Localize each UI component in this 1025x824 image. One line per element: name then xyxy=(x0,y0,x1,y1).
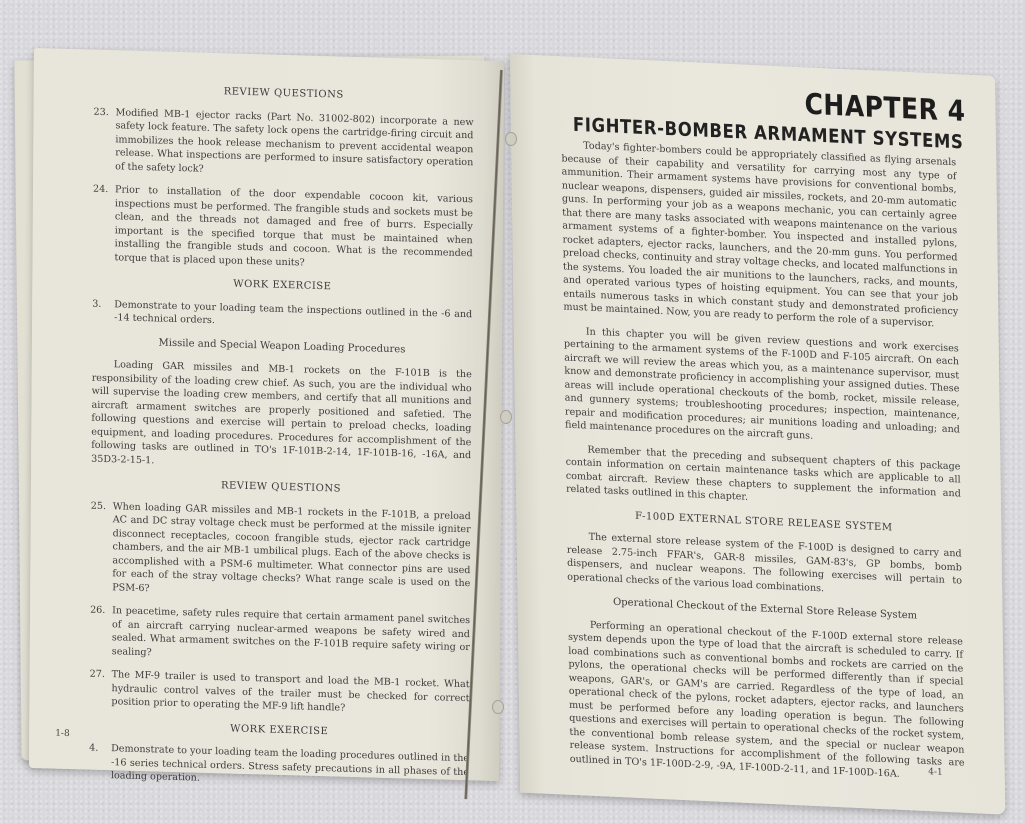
binding-hole xyxy=(505,132,517,146)
left-page-content: REVIEW QUESTIONS23.Modified MB-1 ejector… xyxy=(89,72,474,803)
item-text: Prior to installation of the door expend… xyxy=(115,183,474,274)
item-number: 26. xyxy=(90,604,112,659)
numbered-item: 4.Demonstrate to your loading team the l… xyxy=(89,742,469,793)
item-number: 24. xyxy=(93,183,116,265)
chapter-label: CHAPTER 4 xyxy=(804,87,965,128)
item-text: The MF-9 trailer is used to transport an… xyxy=(111,668,469,718)
item-number: 27. xyxy=(89,668,111,709)
section-heading: REVIEW QUESTIONS xyxy=(94,82,474,106)
section-heading: WORK EXERCISE xyxy=(92,274,472,298)
binding-hole xyxy=(492,700,504,714)
item-number: 23. xyxy=(93,105,115,173)
numbered-item: 23.Modified MB-1 ejector racks (Part No.… xyxy=(93,105,473,183)
numbered-item: 24.Prior to installation of the door exp… xyxy=(93,183,474,275)
numbered-item: 25.When loading GAR missiles and MB-1 ro… xyxy=(90,499,471,604)
item-number: 4. xyxy=(89,742,111,783)
paragraph: Loading GAR missiles and MB-1 rockets on… xyxy=(91,358,472,477)
right-page: CHAPTER 4 FIGHTER-BOMBER ARMAMENT SYSTEM… xyxy=(510,54,1005,815)
paragraph: Today's fighter-bombers could be appropr… xyxy=(561,138,958,332)
right-page-number: 4-1 xyxy=(928,767,943,778)
item-text: Modified MB-1 ejector racks (Part No. 31… xyxy=(115,106,473,183)
item-text: When loading GAR missiles and MB-1 rocke… xyxy=(112,500,471,604)
section-subheading: Missile and Special Weapon Loading Proce… xyxy=(92,334,472,358)
item-number: 25. xyxy=(90,499,113,594)
item-text: Demonstrate to your loading team the loa… xyxy=(111,742,469,792)
numbered-item: 27.The MF-9 trailer is used to transport… xyxy=(89,668,469,719)
section-heading: WORK EXERCISE xyxy=(89,718,469,742)
paragraph: The external store release system of the… xyxy=(567,530,963,602)
binding-hole xyxy=(500,410,512,424)
numbered-item: 26.In peacetime, safety rules require th… xyxy=(90,604,470,669)
paragraph: Remember that the preceding and subseque… xyxy=(565,442,961,514)
item-text: Demonstrate to your loading team the ins… xyxy=(114,298,472,335)
paragraph: Performing an operational checkout of th… xyxy=(568,617,965,784)
right-page-content: Today's fighter-bombers could be appropr… xyxy=(561,138,965,793)
numbered-item: 3.Demonstrate to your loading team the i… xyxy=(92,297,472,335)
left-page: REVIEW QUESTIONS23.Modified MB-1 ejector… xyxy=(29,48,504,781)
item-text: In peacetime, safety rules require that … xyxy=(112,604,470,668)
section-heading: REVIEW QUESTIONS xyxy=(91,476,471,500)
left-page-number: 1-8 xyxy=(55,729,70,739)
paragraph: In this chapter you will be given review… xyxy=(564,324,960,450)
item-number: 3. xyxy=(92,297,114,325)
